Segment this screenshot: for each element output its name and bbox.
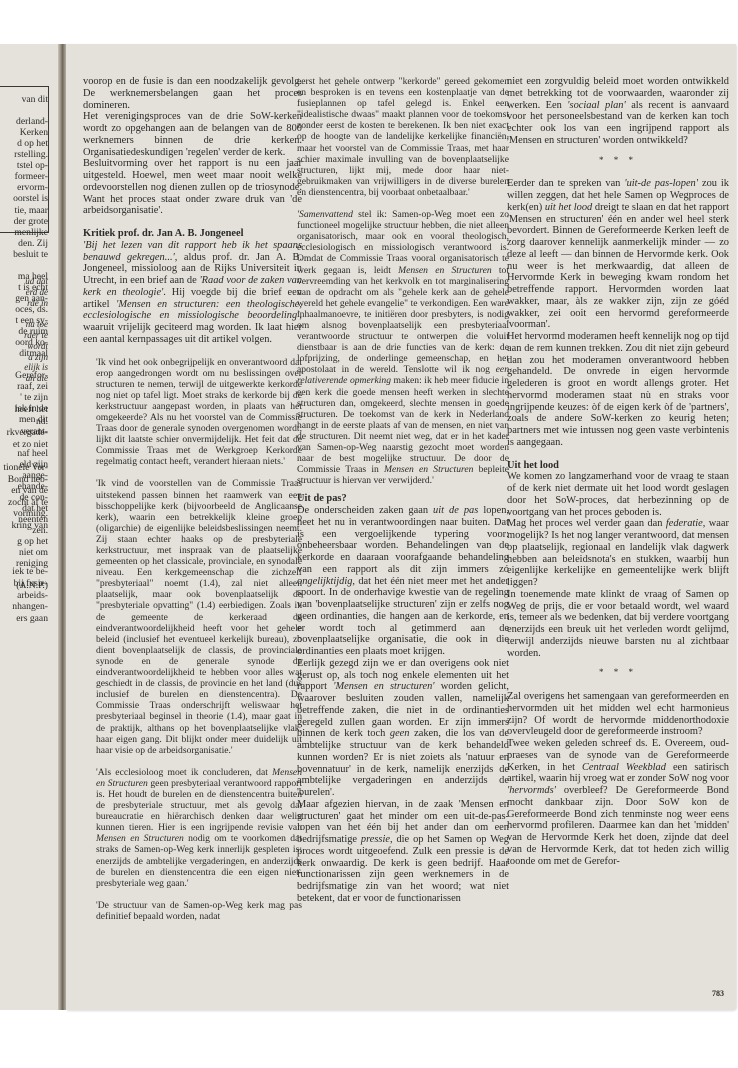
block-quote: 'Als ecclesioloog moet ik concluderen, d… [83, 767, 302, 889]
paragraph: niet een zorgvuldig beleid moet worden o… [507, 76, 729, 147]
fragment-line: tstel op- [17, 160, 48, 172]
section-heading: Kritiek prof. dr. Jan A. B. Jongeneel [83, 228, 302, 240]
fragment-line: nd. [36, 416, 48, 428]
left-page-fragment: van ditderland-Kerkend op hetrstelling.t… [0, 44, 58, 1010]
paragraph: Maar afgezien hiervan, in de zaak 'Mense… [297, 799, 509, 905]
fragment-line: oorstel is [13, 193, 48, 205]
page-number: 783 [712, 989, 724, 998]
fragment-line: wordt [27, 341, 48, 352]
fragment-line: formeer- [15, 171, 48, 183]
fragment-line: rkvergade- [7, 427, 48, 439]
paragraph: Eerder dan te spreken van 'uit-de pas-lo… [507, 178, 729, 331]
fragment-line: heeft het [15, 404, 48, 416]
block-quote: 'Ik vind de voorstellen van de Commissie… [83, 478, 302, 755]
fragment-line: tie, maar [14, 205, 48, 217]
fragment-line: der grote [14, 216, 48, 228]
fragment-line: zocht af te [8, 497, 48, 509]
fragment-line: menlijke [14, 227, 48, 239]
fragment-line: Bond heb- [8, 474, 48, 486]
fragment-line: en van de [11, 485, 48, 497]
fragment-line: d op het [17, 138, 48, 150]
fragment-line: vorming. [13, 508, 48, 520]
fragment-line: rder te [24, 330, 48, 341]
paragraph: 'Bij het lezen van dit rapport heb ik he… [83, 240, 302, 346]
block-quote: 'De structuur van de Samen-op-Weg kerk m… [83, 900, 302, 922]
book-gutter [58, 44, 66, 1010]
magazine-page: voorop en de fusie is dan een noodzakeli… [66, 44, 736, 1010]
column-3: niet een zorgvuldig beleid moet worden o… [507, 76, 729, 867]
section-separator: * * * [507, 667, 729, 679]
fragment-line: besluit te [13, 249, 48, 261]
paragraph: Twee weken geleden schreef ds. E. Overee… [507, 738, 729, 867]
paragraph: Mag het proces wel verder gaan dan feder… [507, 518, 729, 589]
fragment-line: kring van [11, 520, 48, 532]
fragment-line: ervorm- [17, 182, 48, 194]
paragraph: Het hervormd moderamen heeft kennelijk n… [507, 331, 729, 449]
section-heading: Uit het lood [507, 460, 729, 472]
paragraph: De onderscheiden zaken gaan uit de pas l… [297, 505, 509, 658]
fragment-line: iek te be- [12, 566, 48, 578]
fragment-line: tionele Ver- [3, 462, 48, 474]
paragraph: In toenemende mate klinkt de vraag of Sa… [507, 589, 729, 660]
fragment-line: elijk is [24, 362, 48, 373]
fragment-line: bij fusie- [14, 578, 48, 590]
fragment-line: et zo niet [13, 439, 48, 451]
fragment-line: ers gaan [16, 613, 48, 625]
paragraph: Besluitvorming over het rapport is nu ee… [83, 158, 302, 217]
block-quote: 'Samenvattend stel ik: Samen-op-Weg moet… [297, 209, 509, 486]
fragment-line: g op het [17, 536, 48, 548]
fragment-line: nhangen- [12, 601, 48, 613]
fragment-line: ud dat [25, 276, 48, 287]
column-2: eerst het gehele ontwerp "kerkorde" gere… [297, 76, 509, 905]
fragment-line: Kerken [20, 127, 48, 139]
fragment-line: rde in [27, 298, 48, 309]
paragraph: Eerlijk gezegd zijn we er dan overigens … [297, 658, 509, 799]
fragment-line: an die [26, 373, 48, 384]
fragment-line: arbeids- [17, 590, 48, 602]
fragment-line: erd de [26, 287, 48, 298]
fragment-line: a zijn [28, 352, 48, 363]
paragraph: Zal overigens het samengaan van gereform… [507, 691, 729, 738]
fragment-line: rstelling. [14, 149, 48, 161]
section-separator: * * * [507, 155, 729, 167]
column-1: voorop en de fusie is dan een noodzakeli… [83, 76, 302, 922]
fragment-line: den. Zij [18, 238, 48, 250]
section-heading: Uit de pas? [297, 493, 509, 505]
block-quote: eerst het gehele ontwerp "kerkorde" gere… [297, 76, 509, 198]
fragment-line: derland- [16, 116, 48, 128]
paragraph: voorop en de fusie is dan een noodzakeli… [83, 76, 302, 111]
paragraph: Het verenigingsproces van de drie SoW-ke… [83, 111, 302, 158]
block-quote: 'Ik vind het ook onbegrijpelijk en onver… [83, 357, 302, 468]
paragraph: We komen zo langzamerhand voor de vraag … [507, 471, 729, 518]
fragment-line: nu toe [26, 319, 48, 330]
fragment-line: ' te zijn [20, 392, 48, 404]
fragment-line: niet om [19, 547, 48, 559]
fragment-line: van dit [22, 94, 48, 106]
